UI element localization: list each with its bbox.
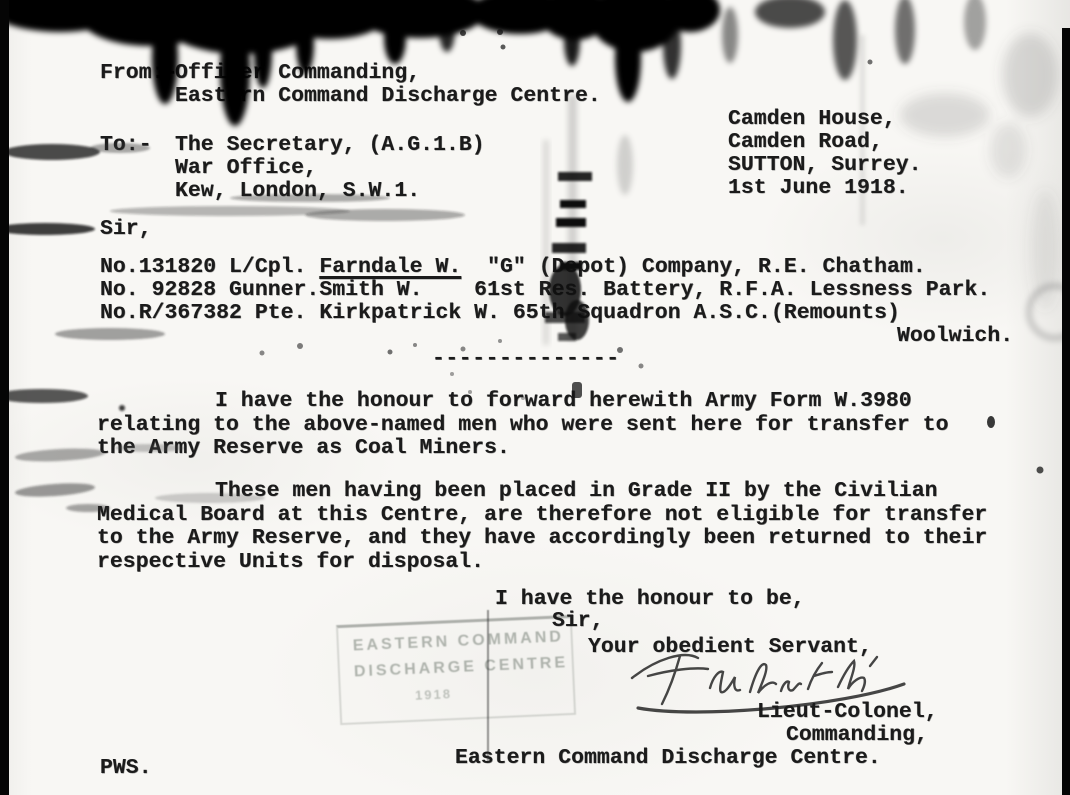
from-label: From:- [100, 62, 177, 85]
salutation: Sir, [100, 218, 152, 241]
from-line: Eastern Command Discharge Centre. [175, 85, 601, 108]
typist-initials: PWS. [100, 757, 152, 780]
man-prefix: No.131820 L/Cpl. [100, 255, 319, 279]
subject-man-row: No.131820 L/Cpl. Farndale W. "G" (Depot)… [100, 256, 926, 279]
rubber-stamp: EASTERN COMMAND DISCHARGE CENTRE 1918 [336, 615, 576, 725]
man-location: Woolwich. [897, 325, 1013, 348]
subject-man-row: No. 92828 Gunner.Smith W. 61st Res. Batt… [100, 279, 990, 302]
closing-line: Sir, [552, 610, 604, 633]
letter-date: 1st June 1918. [728, 177, 909, 200]
scan-edge-left [0, 0, 9, 795]
to-line: The Secretary, (A.G.1.B) [175, 134, 485, 157]
paragraph-line: to the Army Reserve, and they have accor… [97, 527, 987, 551]
closing-line: I have the honour to be, [495, 588, 805, 611]
sender-address-line: Camden House, [728, 108, 896, 131]
to-line: War Office, [175, 157, 317, 180]
scan-edge-right [1062, 28, 1070, 795]
subject-man-row: No.R/367382 Pte. Kirkpatrick W. 65th Squ… [100, 302, 900, 325]
paragraph-line: relating to the above-named men who were… [97, 414, 949, 438]
paper-streak [860, 35, 865, 225]
paper-crease-line [487, 610, 489, 762]
paragraph-line: These men having been placed in Grade II… [215, 480, 938, 504]
paragraph-line: the Army Reserve as Coal Miners. [97, 437, 510, 461]
paragraph-line: Medical Board at this Centre, are theref… [97, 504, 987, 528]
to-line: Kew, London, S.W.1. [175, 180, 420, 203]
signatory-title: Commanding, [786, 724, 928, 747]
man-unit: "G" (Depot) Company, R.E. Chatham. [461, 255, 925, 279]
man-name-underlined: Farndale W. [319, 255, 461, 279]
signatory-unit: Eastern Command Discharge Centre. [455, 747, 881, 770]
signatory-rank: Lieut-Colonel, [757, 701, 938, 724]
sender-address-line: SUTTON, Surrey. [728, 154, 922, 177]
from-line: Officer Commanding, [175, 62, 420, 85]
dashed-separator: -------------- [432, 348, 620, 371]
paragraph-line: I have the honour to forward herewith Ar… [215, 390, 912, 414]
paragraph-line: respective Units for disposal. [97, 551, 484, 575]
to-label: To:- [100, 134, 152, 157]
scanned-letter-page: From:- Officer Commanding, Eastern Comma… [0, 0, 1070, 795]
